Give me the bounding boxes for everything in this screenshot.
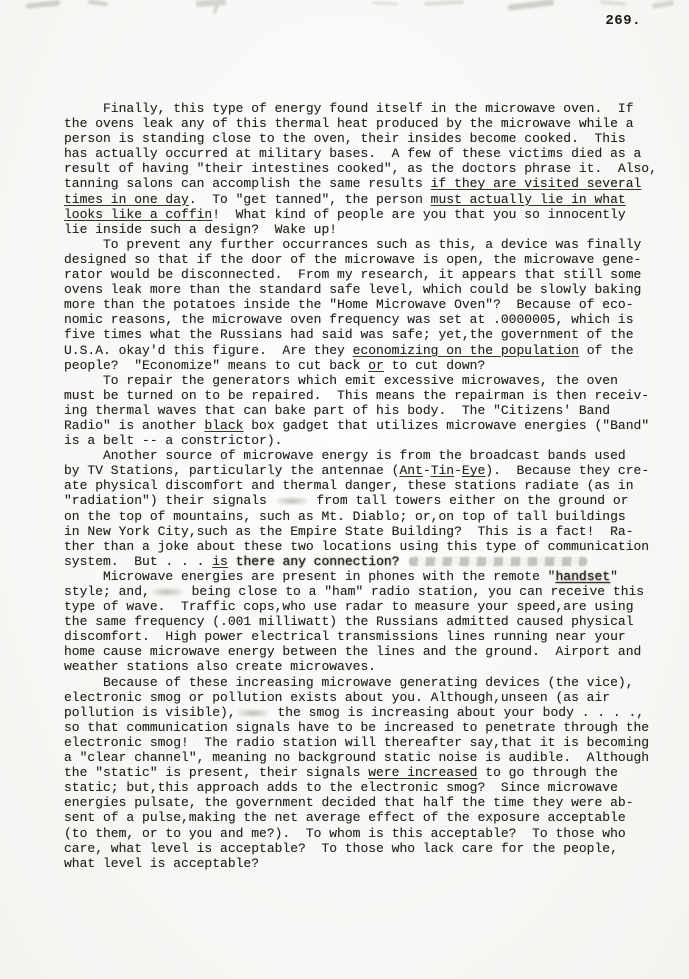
text-run: type of wave. Traffic cops,who use radar… <box>64 599 634 614</box>
text-line: what level is acceptable? <box>64 856 664 871</box>
scan-smudge <box>508 0 554 11</box>
text-line: result of having "their intestines cooke… <box>64 161 664 176</box>
text-run: or <box>368 358 384 373</box>
text-line: more than the potatoes inside the "Home … <box>64 297 664 312</box>
text-line: person is standing close to the oven, th… <box>64 131 664 146</box>
text-line: people? "Economize" means to cut back or… <box>64 358 664 373</box>
text-line: lie inside such a design? Wake up! <box>64 222 664 237</box>
scanned-page: 269. Finally, this type of energy found … <box>0 0 689 979</box>
text-run: there any connection? <box>236 554 400 569</box>
text-run: nomic reasons, the microwave oven freque… <box>64 312 634 327</box>
text-run: Because of these increasing microwave ge… <box>64 675 634 690</box>
text-line: "radiation") their signals from tall tow… <box>64 493 664 508</box>
text-line: ate physical discomfort and thermal dang… <box>64 478 664 493</box>
text-run: sent of a pulse,making the net average e… <box>64 810 626 825</box>
text-run: weather stations also create microwaves. <box>64 659 376 674</box>
text-line: home cause microwave energy between the … <box>64 644 664 659</box>
text-run: Tin <box>431 463 454 478</box>
text-line: ovens leak more than the standard safe l… <box>64 282 664 297</box>
text-line: five times what the Russians had said wa… <box>64 327 664 342</box>
text-run: ing thermal waves that can bake part of … <box>64 403 610 418</box>
text-run: static; but,this approach adds to the el… <box>64 780 618 795</box>
ink-smudge <box>277 497 307 505</box>
text-line: rator would be disconnected. From my res… <box>64 267 664 282</box>
ink-smudge <box>409 557 587 566</box>
text-run: so that communication signals have to be… <box>64 720 649 735</box>
text-line: the same frequency (.001 milliwatt) the … <box>64 614 664 629</box>
text-line: nomic reasons, the microwave oven freque… <box>64 312 664 327</box>
text-line: Finally, this type of energy found itsel… <box>64 101 664 116</box>
text-run: five times what the Russians had said wa… <box>64 327 634 342</box>
text-line: (to them, or to you and me?). To whom is… <box>64 826 664 841</box>
text-line: U.S.A. okay'd this figure. Are they econ… <box>64 343 664 358</box>
text-run: Microwave energies are present in phones… <box>64 569 555 584</box>
text-line: the "static" is present, their signals w… <box>64 765 664 780</box>
text-run: times in one day <box>64 192 189 207</box>
text-run: to go through the <box>477 765 617 780</box>
text-line: tanning salons can accomplish the same r… <box>64 176 664 191</box>
text-line: care, what level is acceptable? To those… <box>64 841 664 856</box>
scan-smudge <box>196 0 226 7</box>
text-line: looks like a coffin! What kind of people… <box>64 207 664 222</box>
scan-smudge <box>88 0 108 6</box>
text-run: lie inside such a design? Wake up! <box>64 222 337 237</box>
text-run: To repair the generators which emit exce… <box>64 373 618 388</box>
paragraph: Another source of microwave energy is fr… <box>64 448 664 569</box>
text-run: the ovens leak any of this thermal heat … <box>64 116 634 131</box>
text-run: the smog is increasing about your body .… <box>270 705 644 720</box>
text-run: on the top of mountains, such as Mt. Dia… <box>64 509 626 524</box>
text-run: ate physical discomfort and thermal dang… <box>64 478 634 493</box>
text-run: a "clear channel", meaning no background… <box>64 750 649 765</box>
text-line: electronic smog! The radio station will … <box>64 735 664 750</box>
text-run: in New York City,such as the Empire Stat… <box>64 524 634 539</box>
scan-smudge <box>26 0 60 9</box>
text-run: looks like a coffin <box>64 207 212 222</box>
text-line: designed so that if the door of the micr… <box>64 252 664 267</box>
text-run: Eye <box>462 463 485 478</box>
text-run: ! What kind of people are you that you s… <box>212 207 625 222</box>
text-run: care, what level is acceptable? To those… <box>64 841 618 856</box>
text-run: to cut down? <box>384 358 485 373</box>
text-run: Ant <box>399 463 422 478</box>
text-run: electronic smog! The radio station will … <box>64 735 649 750</box>
text-line: style; and, being close to a "ham" radio… <box>64 584 664 599</box>
text-line: sent of a pulse,making the net average e… <box>64 810 664 825</box>
scan-smudge <box>372 1 398 5</box>
paragraph: Finally, this type of energy found itsel… <box>64 101 664 237</box>
text-line: Radio" is another black box gadget that … <box>64 418 664 433</box>
text-line: pollution is visible), the smog is incre… <box>64 705 664 720</box>
text-line: has actually occurred at military bases.… <box>64 146 664 161</box>
text-run: U.S.A. okay'd this figure. Are they <box>64 343 353 358</box>
text-run: style; and, <box>64 584 150 599</box>
text-run: To prevent any further occurrances such … <box>64 237 641 252</box>
text-line: in New York City,such as the Empire Stat… <box>64 524 664 539</box>
text-run: must be turned on to be repaired. This m… <box>64 388 649 403</box>
text-line: so that communication signals have to be… <box>64 720 664 735</box>
text-run <box>399 554 407 569</box>
text-run: system. But . . . <box>64 554 212 569</box>
text-line: energies pulsate, the government decided… <box>64 795 664 810</box>
text-run: of the <box>579 343 634 358</box>
text-run: were increased <box>368 765 477 780</box>
text-run: is a belt -- a constrictor). <box>64 433 282 448</box>
text-run: discomfort. High power electrical transm… <box>64 629 626 644</box>
text-run: . To "get tanned", the person <box>189 192 431 207</box>
text-run: home cause microwave energy between the … <box>64 644 641 659</box>
text-line: type of wave. Traffic cops,who use radar… <box>64 599 664 614</box>
text-run: is <box>212 554 228 569</box>
text-run: result of having "their intestines cooke… <box>64 161 657 176</box>
text-run: from tall towers either on the ground or <box>309 493 629 508</box>
text-run <box>228 554 236 569</box>
document-body: Finally, this type of energy found itsel… <box>64 101 664 871</box>
scan-smudge <box>213 5 219 14</box>
text-run: person is standing close to the oven, th… <box>64 131 626 146</box>
text-run: "radiation") their signals <box>64 493 275 508</box>
text-line: Another source of microwave energy is fr… <box>64 448 664 463</box>
text-run: rator would be disconnected. From my res… <box>64 267 641 282</box>
text-run: pollution is visible), <box>64 705 236 720</box>
text-run: the "static" is present, their signals <box>64 765 368 780</box>
text-run: economizing on the population <box>353 343 579 358</box>
text-run: designed so that if the door of the micr… <box>64 252 641 267</box>
text-line: is a belt -- a constrictor). <box>64 433 664 448</box>
text-run: tanning salons can accomplish the same r… <box>64 176 431 191</box>
text-run: what level is acceptable? <box>64 856 259 871</box>
paragraph: To prevent any further occurrances such … <box>64 237 664 373</box>
text-line: To repair the generators which emit exce… <box>64 373 664 388</box>
text-run: people? "Economize" means to cut back <box>64 358 368 373</box>
text-run: energies pulsate, the government decided… <box>64 795 634 810</box>
text-line: times in one day. To "get tanned", the p… <box>64 192 664 207</box>
text-run: must actually lie in what <box>431 192 626 207</box>
text-run: Finally, this type of energy found itsel… <box>64 101 634 116</box>
text-run: if they are visited several <box>431 176 642 191</box>
text-line: by TV Stations, particularly the antenna… <box>64 463 664 478</box>
ink-smudge <box>238 709 268 717</box>
text-line: must be turned on to be repaired. This m… <box>64 388 664 403</box>
text-run: electronic smog or pollution exists abou… <box>64 690 610 705</box>
paragraph: To repair the generators which emit exce… <box>64 373 664 448</box>
text-run: - <box>423 463 431 478</box>
scan-smudge <box>424 0 464 6</box>
text-line: discomfort. High power electrical transm… <box>64 629 664 644</box>
text-run: the same frequency (.001 milliwatt) the … <box>64 614 634 629</box>
text-run: (to them, or to you and me?). To whom is… <box>64 826 626 841</box>
text-line: electronic smog or pollution exists abou… <box>64 690 664 705</box>
text-run: has actually occurred at military bases.… <box>64 146 641 161</box>
ink-smudge <box>152 588 182 596</box>
page-number: 269. <box>605 13 641 29</box>
text-line: Because of these increasing microwave ge… <box>64 675 664 690</box>
text-run: being close to a "ham" radio station, yo… <box>184 584 644 599</box>
text-run: Another source of microwave energy is fr… <box>64 448 626 463</box>
text-run: handset <box>555 569 610 584</box>
scan-smudge <box>652 0 675 9</box>
text-line: To prevent any further occurrances such … <box>64 237 664 252</box>
text-run: black <box>204 418 243 433</box>
text-line: a "clear channel", meaning no background… <box>64 750 664 765</box>
text-line: system. But . . . is there any connectio… <box>64 554 664 569</box>
text-line: ing thermal waves that can bake part of … <box>64 403 664 418</box>
text-line: weather stations also create microwaves. <box>64 659 664 674</box>
paragraph: Microwave energies are present in phones… <box>64 569 664 675</box>
text-run: by TV Stations, particularly the antenna… <box>64 463 399 478</box>
text-run: ovens leak more than the standard safe l… <box>64 282 641 297</box>
text-line: ther than a joke about these two locatio… <box>64 539 664 554</box>
text-line: the ovens leak any of this thermal heat … <box>64 116 664 131</box>
text-run: box gadget that utilizes microwave energ… <box>243 418 649 433</box>
text-line: static; but,this approach adds to the el… <box>64 780 664 795</box>
text-line: Microwave energies are present in phones… <box>64 569 664 584</box>
text-run: ther than a joke about these two locatio… <box>64 539 649 554</box>
text-run: " <box>610 569 618 584</box>
scan-artifacts <box>0 0 689 12</box>
text-line: on the top of mountains, such as Mt. Dia… <box>64 509 664 524</box>
text-run: more than the potatoes inside the "Home … <box>64 297 634 312</box>
paragraph: Because of these increasing microwave ge… <box>64 675 664 871</box>
text-run: - <box>454 463 462 478</box>
text-run: ). Because they cre- <box>485 463 649 478</box>
scan-smudge <box>600 0 626 6</box>
text-run: Radio" is another <box>64 418 204 433</box>
